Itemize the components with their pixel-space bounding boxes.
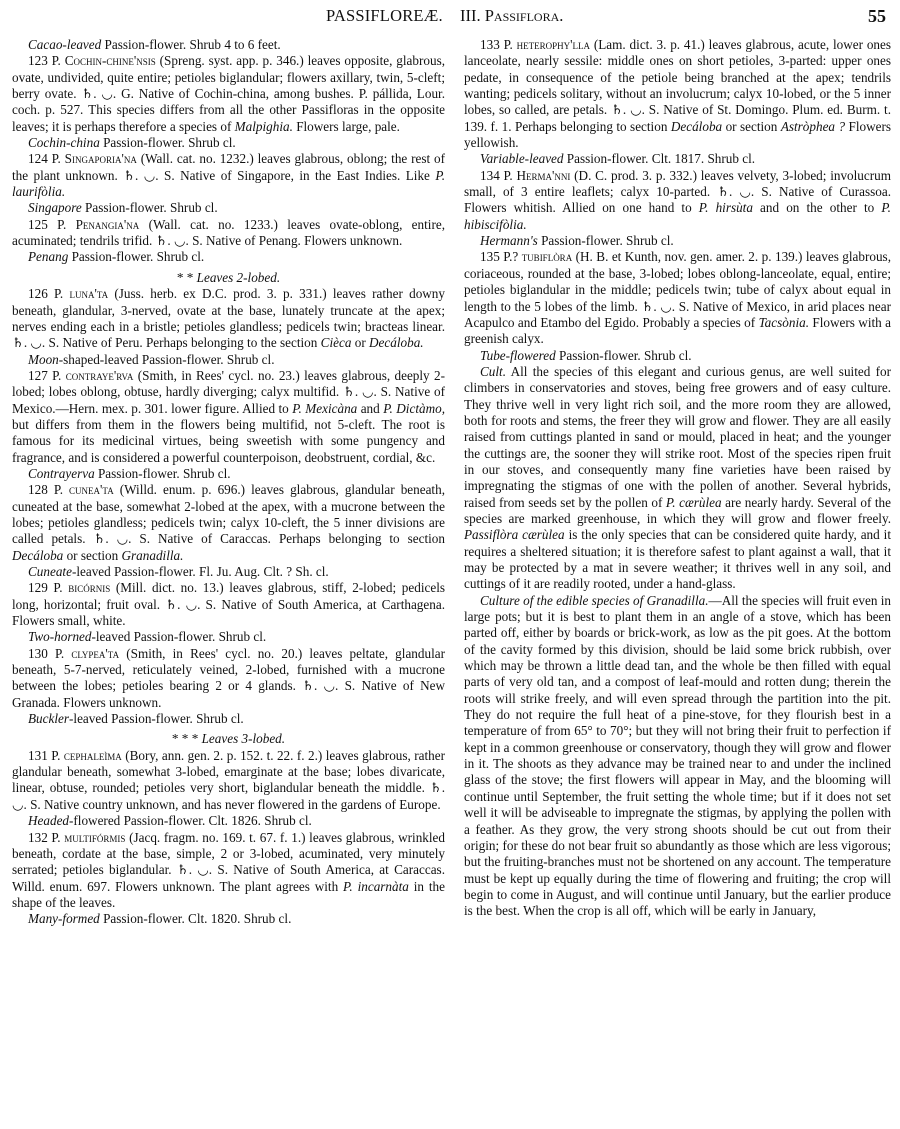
italic-text: Penang: [28, 249, 68, 264]
text: 129 P.: [28, 580, 68, 595]
italic-text: Culture of the edible species of Granadi…: [480, 593, 709, 608]
italic-text: Cuneate: [28, 564, 72, 579]
text: Passion-flower. Shrub cl.: [556, 348, 692, 363]
italic-text: Decáloba: [671, 119, 722, 134]
species-entry: 132 P. multifórmis (Jacq. fragm. no. 169…: [12, 830, 445, 912]
italic-text: P. Mexicàna: [292, 401, 357, 416]
common-name-line: Two-horned-leaved Passion-flower. Shrub …: [12, 629, 445, 645]
species-name: Herma'nni: [516, 168, 570, 183]
text: 126 P.: [28, 286, 69, 301]
italic-text: Cièca: [321, 335, 352, 350]
species-name: bicórnis: [68, 580, 110, 595]
text: * *: [177, 270, 197, 285]
italic-text: Tube-flowered: [480, 348, 556, 363]
italic-text: P. hirsùta: [699, 200, 753, 215]
species-name: cephaleìma: [64, 748, 122, 763]
italic-text: Cult.: [480, 364, 506, 379]
text: and: [357, 401, 383, 416]
species-entry: 127 P. contrayе'rva (Smith, in Rees' cyc…: [12, 368, 445, 466]
text: -leaved Passion-flower. Fl. Ju. Aug. Clt…: [72, 564, 329, 579]
text: 125 P.: [28, 217, 76, 232]
italic-text: P. incarnàta: [343, 879, 409, 894]
common-name-line: Cochin-china Passion-flower. Shrub cl.: [12, 135, 445, 151]
common-name-line: Hermann's Passion-flower. Shrub cl.: [464, 233, 891, 249]
species-name: Cochin-chine'nsis: [65, 53, 156, 68]
text: 128 P.: [28, 482, 69, 497]
genus-name: III. Passiflora.: [460, 6, 563, 26]
text: 131 P.: [28, 748, 64, 763]
italic-text: Two-horned: [28, 629, 92, 644]
italic-text: Leaves 3-lobed.: [202, 731, 286, 746]
body-paragraph: Cult. All the species of this elegant an…: [464, 364, 891, 593]
italic-text: Cochin-china: [28, 135, 100, 150]
text: 123 P.: [28, 53, 65, 68]
body-paragraph: Culture of the edible species of Granadi…: [464, 593, 891, 920]
text: 130 P.: [28, 646, 71, 661]
text: and on the other to: [753, 200, 881, 215]
text: 133 P.: [480, 37, 517, 52]
common-name-line: Cuneate-leaved Passion-flower. Fl. Ju. A…: [12, 564, 445, 580]
common-name-line: Moon-shaped-leaved Passion-flower. Shrub…: [12, 352, 445, 368]
text: Passion-flower. Clt. 1817. Shrub cl.: [564, 151, 756, 166]
species-entry: 125 P. Penangia'na (Wall. cat. no. 1233.…: [12, 217, 445, 250]
species-entry: 134 P. Herma'nni (D. C. prod. 3. p. 332.…: [464, 168, 891, 233]
text: or section: [722, 119, 781, 134]
italic-text: P. Dictàmo,: [383, 401, 445, 416]
text: 132 P.: [28, 830, 64, 845]
common-name-line: Singapore Passion-flower. Shrub cl.: [12, 200, 445, 216]
species-name: contrayе'rva: [66, 368, 134, 383]
italic-text: Hermann's: [480, 233, 538, 248]
text: —All the species will fruit even in larg…: [464, 593, 891, 919]
species-entry: 130 P. clypea'ta (Smith, in Rees' cycl. …: [12, 646, 445, 711]
species-name: luna'ta: [69, 286, 108, 301]
text: Flowers large, pale.: [293, 119, 400, 134]
italic-text: Leaves 2-lobed.: [197, 270, 281, 285]
text: Passion-flower. Shrub cl.: [95, 466, 231, 481]
text: 124 P.: [28, 151, 65, 166]
italic-text: Granadilla.: [122, 548, 184, 563]
species-name: clypea'ta: [71, 646, 119, 661]
text: * * *: [172, 731, 202, 746]
italic-text: Variable-leaved: [480, 151, 564, 166]
running-header: PASSIFLOREÆ. III. Passiflora. 55: [0, 6, 900, 30]
common-name-line: Contrayerva Passion-flower. Shrub cl.: [12, 466, 445, 482]
text: -shaped-leaved Passion-flower. Shrub cl.: [59, 352, 275, 367]
species-entry: 133 P. heterophy'lla (Lam. dict. 3. p. 4…: [464, 37, 891, 151]
common-name-line: Many-formed Passion-flower. Clt. 1820. S…: [12, 911, 445, 927]
italic-text: Astròphea ?: [781, 119, 845, 134]
species-name: cunea'ta: [69, 482, 114, 497]
species-name: tubiflòra: [522, 249, 573, 264]
text: Passion-flower. Clt. 1820. Shrub cl.: [100, 911, 292, 926]
text: or: [351, 335, 369, 350]
italic-text: P. cærùlea: [666, 495, 722, 510]
italic-text: Moon: [28, 352, 59, 367]
text: Passion-flower. Shrub cl.: [82, 200, 218, 215]
species-name: Singaporia'na: [65, 151, 137, 166]
italic-text: Passiflòra cærùlea: [464, 527, 565, 542]
common-name-line: Cacao-leaved Passion-flower. Shrub 4 to …: [12, 37, 445, 53]
section-heading: * * Leaves 2-lobed.: [12, 270, 445, 286]
common-name-line: Buckler-leaved Passion-flower. Shrub cl.: [12, 711, 445, 727]
species-entry: 126 P. luna'ta (Juss. herb. ex D.C. prod…: [12, 286, 445, 351]
common-name-line: Penang Passion-flower. Shrub cl.: [12, 249, 445, 265]
common-name-line: Headed-flowered Passion-flower. Clt. 182…: [12, 813, 445, 829]
species-name: heterophy'lla: [517, 37, 590, 52]
text: 134 P.: [480, 168, 516, 183]
right-column: 133 P. heterophy'lla (Lam. dict. 3. p. 4…: [464, 37, 891, 920]
text: Passion-flower. Shrub cl.: [100, 135, 236, 150]
species-name: Penangia'na: [76, 217, 140, 232]
text: or section: [63, 548, 121, 563]
species-entry: 131 P. cephaleìma (Bory, ann. gen. 2. p.…: [12, 748, 445, 813]
italic-text: Decáloba: [12, 548, 63, 563]
text: Passion-flower. Shrub cl.: [538, 233, 674, 248]
species-name: multifórmis: [64, 830, 125, 845]
text: 127 P.: [28, 368, 66, 383]
italic-text: Singapore: [28, 200, 82, 215]
text: All the species of this elegant and curi…: [464, 364, 891, 510]
italic-text: Cacao-leaved: [28, 37, 101, 52]
page-number: 55: [868, 6, 886, 27]
family-name: PASSIFLOREÆ.: [326, 6, 443, 26]
italic-text: Decáloba.: [369, 335, 424, 350]
text: -flowered Passion-flower. Clt. 1826. Shr…: [69, 813, 312, 828]
text: -leaved Passion-flower. Shrub cl.: [92, 629, 267, 644]
species-entry: 135 P.? tubiflòra (H. B. et Kunth, nov. …: [464, 249, 891, 347]
italic-text: Buckler: [28, 711, 69, 726]
species-entry: 123 P. Cochin-chine'nsis (Spreng. syst. …: [12, 53, 445, 135]
book-page: PASSIFLOREÆ. III. Passiflora. 55 Cacao-l…: [0, 0, 900, 1129]
text: 135 P.?: [480, 249, 522, 264]
italic-text: Contrayerva: [28, 466, 95, 481]
italic-text: Headed: [28, 813, 69, 828]
section-heading: * * * Leaves 3-lobed.: [12, 731, 445, 747]
common-name-line: Variable-leaved Passion-flower. Clt. 181…: [464, 151, 891, 167]
common-name-line: Tube-flowered Passion-flower. Shrub cl.: [464, 348, 891, 364]
text: -leaved Passion-flower. Shrub cl.: [69, 711, 244, 726]
italic-text: Many-formed: [28, 911, 100, 926]
italic-text: Tacsònia.: [759, 315, 809, 330]
italic-text: Malpighia.: [235, 119, 293, 134]
left-column: Cacao-leaved Passion-flower. Shrub 4 to …: [12, 37, 445, 928]
text: but differs from them in the flowers bei…: [12, 417, 445, 465]
species-entry: 128 P. cunea'ta (Willd. enum. p. 696.) l…: [12, 482, 445, 564]
text: Passion-flower. Shrub 4 to 6 feet.: [101, 37, 280, 52]
text: Passion-flower. Shrub cl.: [68, 249, 204, 264]
species-entry: 129 P. bicórnis (Mill. dict. no. 13.) le…: [12, 580, 445, 629]
species-entry: 124 P. Singaporia'na (Wall. cat. no. 123…: [12, 151, 445, 200]
